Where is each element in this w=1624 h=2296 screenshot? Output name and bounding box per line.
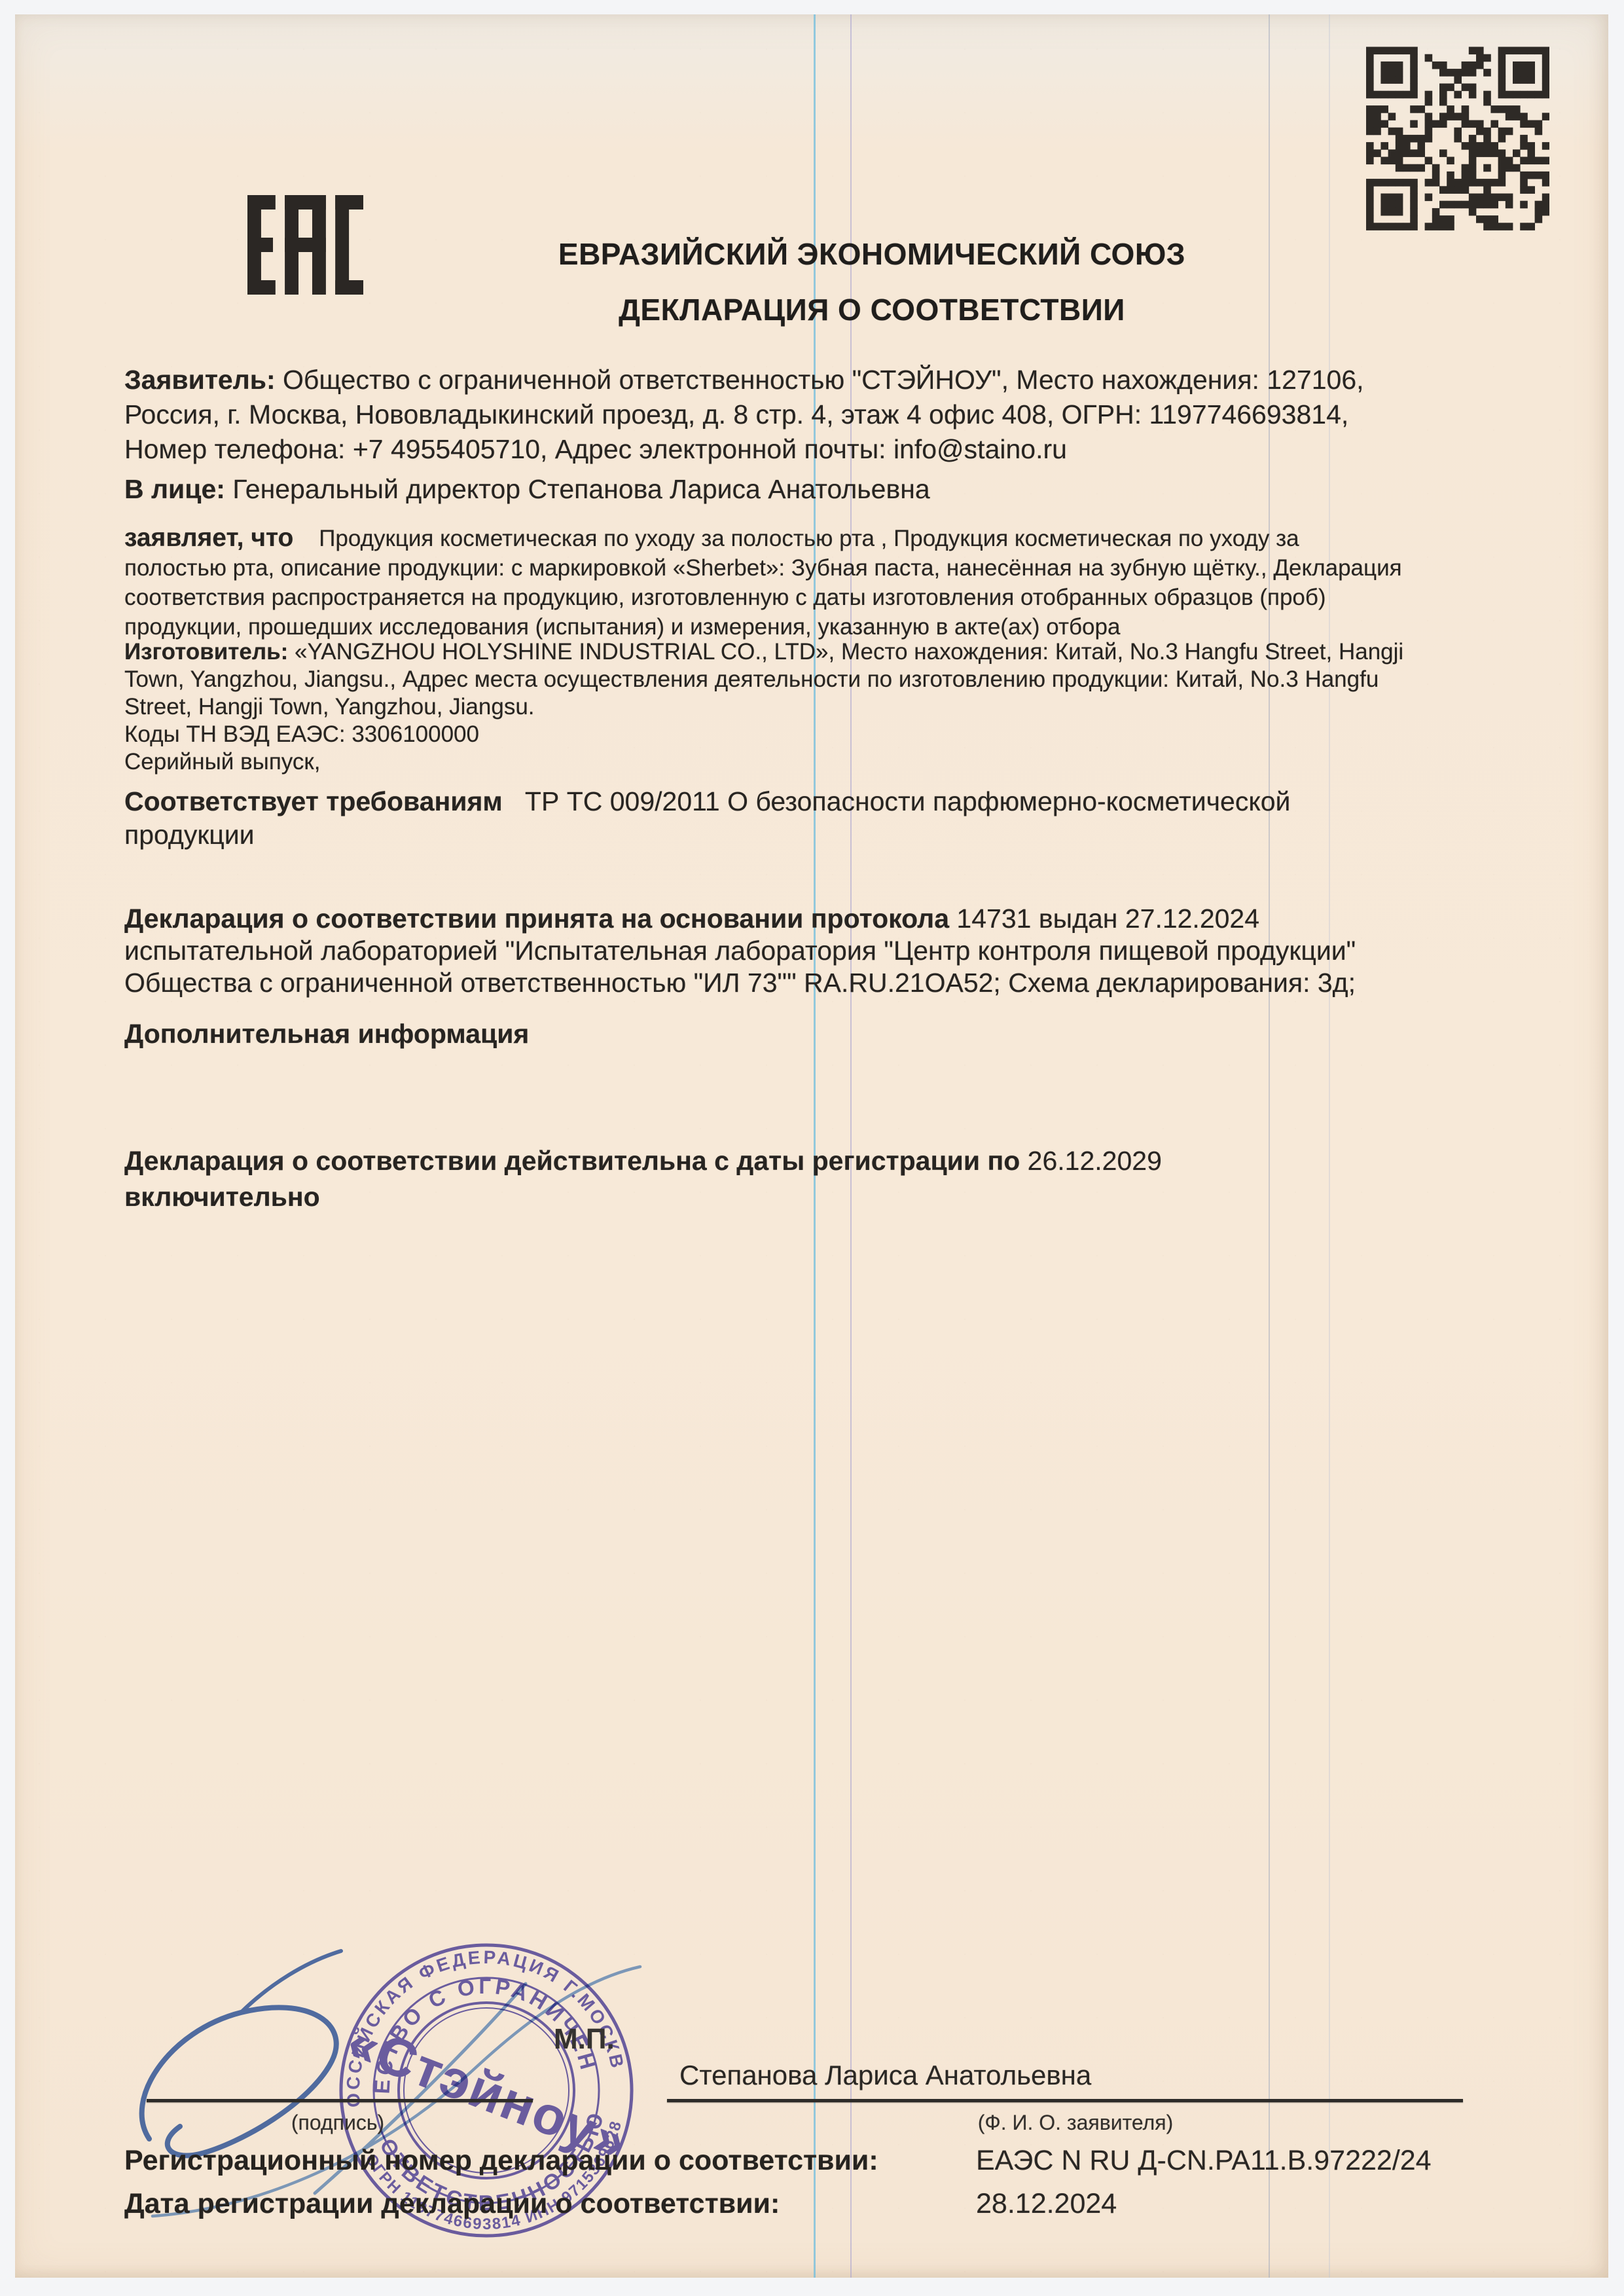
registration-number-value: ЕАЭС N RU Д-CN.PA11.B.97222/24 — [976, 2145, 1432, 2176]
tnved-codes-line: Коды ТН ВЭД ЕАЭС: 3306100000 — [124, 721, 1403, 748]
text-line: Декларация о соответствии действительна … — [124, 1143, 1162, 1179]
text-line: полостью рта, описание продукции: с марк… — [124, 553, 1402, 583]
compliance-label: Соответствует требованиям — [124, 786, 503, 816]
fio-caption: (Ф. И. О. заявителя) — [945, 2109, 1206, 2136]
union-title: ЕВРАЗИЙСКИЙ ЭКОНОМИЧЕСКИЙ СОЮЗ — [348, 237, 1396, 271]
text-line: Соответствует требованиям ТР ТС 009/2011… — [124, 785, 1290, 818]
text-line: продукции, прошедших исследования (испыт… — [124, 612, 1402, 642]
signature-caption: (подпись) — [240, 2109, 436, 2136]
validity-label: Декларация о соответствии действительна … — [124, 1146, 1020, 1176]
declarant-paragraph: Заявитель: Общество с ограниченной ответ… — [124, 363, 1364, 467]
text-line: Россия, г. Москва, Нововладыкинский прое… — [124, 397, 1364, 432]
scanned-declaration-page: ЕВРАЗИЙСКИЙ ЭКОНОМИЧЕСКИЙ СОЮЗ ДЕКЛАРАЦИ… — [0, 0, 1624, 2296]
validity-date: 26.12.2029 — [1020, 1146, 1162, 1176]
text-line: продукции — [124, 818, 1290, 852]
declares-paragraph: заявляет, что Продукция косметическая по… — [124, 523, 1402, 642]
text-line: соответствия распространяется на продукц… — [124, 583, 1402, 612]
person-paragraph: В лице: Генеральный директор Степанова Л… — [124, 472, 930, 507]
basis-paragraph: Декларация о соответствии принята на осн… — [124, 903, 1356, 999]
manufacturer-paragraph: Изготовитель: «YANGZHOU HOLYSHINE INDUST… — [124, 638, 1403, 776]
scan-artifact-line-gray — [1269, 14, 1270, 2278]
registration-date-value: 28.12.2024 — [976, 2189, 1117, 2219]
scan-artifact-line-faint — [1329, 14, 1330, 2278]
registration-number-label: Регистрационный номер декларации о соотв… — [124, 2145, 878, 2176]
text-run: ТР ТС 009/2011 О безопасности парфюмерно… — [503, 786, 1291, 816]
text-line: Street, Hangji Town, Yangzhou, Jiangsu. — [124, 693, 1403, 721]
declarant-label: Заявитель: — [124, 365, 276, 395]
person-label: В лице: — [124, 474, 225, 504]
text-line: Изготовитель: «YANGZHOU HOLYSHINE INDUST… — [124, 638, 1403, 666]
serial-issue-line: Серийный выпуск, — [124, 748, 1403, 776]
text-line: включительно — [124, 1179, 1162, 1215]
validity-paragraph: Декларация о соответствии действительна … — [124, 1143, 1162, 1215]
declares-label: заявляет, что — [124, 524, 293, 552]
registration-date-label: Дата регистрации декларации о соответств… — [124, 2189, 780, 2219]
text-line: заявляет, что Продукция косметическая по… — [124, 523, 1402, 553]
qr-code-icon — [1366, 45, 1549, 232]
document-type-title: ДЕКЛАРАЦИЯ О СООТВЕТСТВИИ — [348, 293, 1396, 327]
fio-line — [667, 2099, 1463, 2102]
document-header: ЕВРАЗИЙСКИЙ ЭКОНОМИЧЕСКИЙ СОЮЗ ДЕКЛАРАЦИ… — [348, 237, 1396, 327]
text-line: Номер телефона: +7 4955405710, Адрес эле… — [124, 432, 1364, 467]
basis-label: Декларация о соответствии принята на осн… — [124, 903, 949, 934]
text-line: В лице: Генеральный директор Степанова Л… — [124, 472, 930, 507]
additional-info-heading: Дополнительная информация — [124, 1019, 529, 1049]
text-run: 14731 выдан 27.12.2024 — [949, 903, 1259, 934]
paper-sheet: ЕВРАЗИЙСКИЙ ЭКОНОМИЧЕСКИЙ СОЮЗ ДЕКЛАРАЦИ… — [15, 14, 1608, 2278]
text-run: Продукция косметическая по уходу за поло… — [293, 526, 1299, 551]
text-line: Town, Yangzhou, Jiangsu., Адрес места ос… — [124, 666, 1403, 693]
additional-info-label: Дополнительная информация — [124, 1019, 529, 1049]
seal-place-mark: М.П. — [554, 2024, 615, 2055]
text-run: Общество с ограниченной ответственностью… — [276, 365, 1364, 395]
text-line: испытательной лабораторией "Испытательна… — [124, 935, 1356, 967]
signature-line — [147, 2099, 533, 2102]
text-line: Общества с ограниченной ответственностью… — [124, 967, 1356, 999]
compliance-paragraph: Соответствует требованиям ТР ТС 009/2011… — [124, 785, 1290, 852]
text-run: «YANGZHOU HOLYSHINE INDUSTRIAL CO., LTD»… — [288, 639, 1403, 665]
applicant-full-name: Степанова Лариса Анатольевна — [679, 2060, 1091, 2091]
text-run: Генеральный директор Степанова Лариса Ан… — [225, 474, 930, 504]
text-line: Декларация о соответствии принята на осн… — [124, 903, 1356, 935]
text-line: Заявитель: Общество с ограниченной ответ… — [124, 363, 1364, 397]
manufacturer-label: Изготовитель: — [124, 639, 288, 665]
eac-mark-icon — [247, 195, 363, 295]
